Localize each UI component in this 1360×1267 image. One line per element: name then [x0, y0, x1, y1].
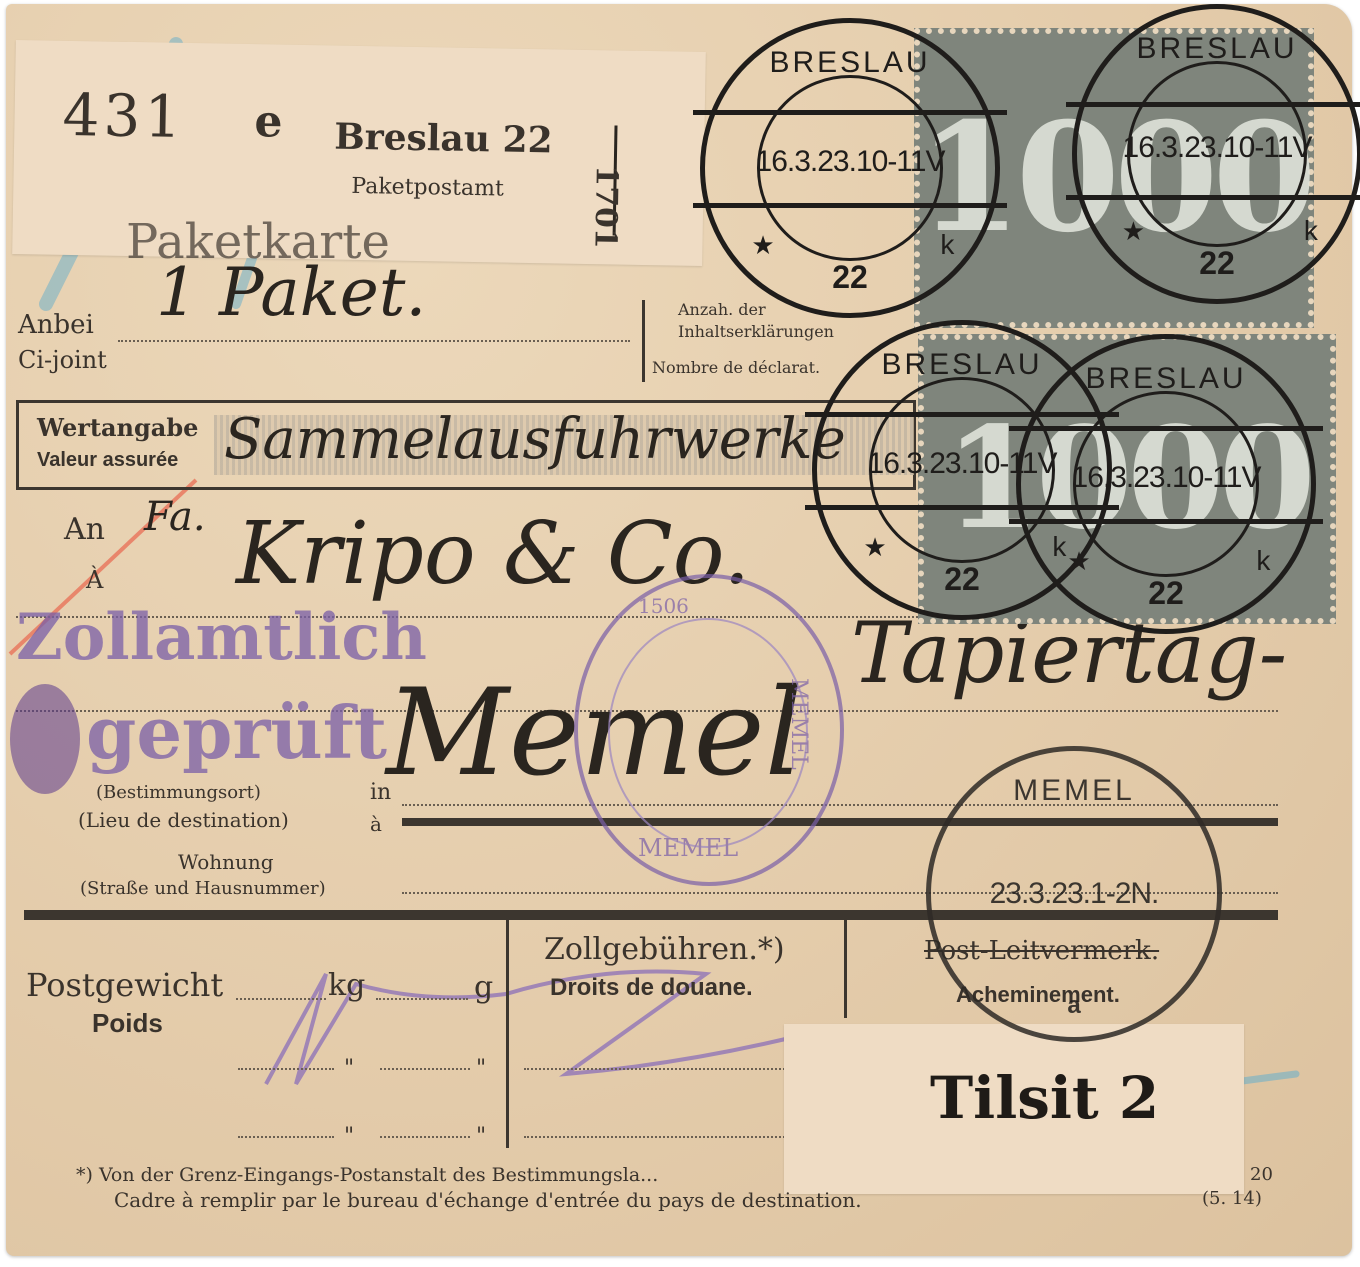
registration-number: 431 — [62, 81, 186, 151]
form-number: 20 — [1250, 1164, 1273, 1185]
office-code: 1701 — [587, 165, 623, 249]
round-stamp-top: 1506 — [638, 594, 689, 618]
declarations-label-de-1: Anzah. der — [678, 300, 766, 319]
registration-letter: e — [254, 96, 283, 147]
memel-customs-round-stamp: 1506 MEMEL MEMEL — [574, 574, 844, 886]
weight-line-2b — [380, 1068, 470, 1070]
office-type: Paketpostamt — [351, 174, 504, 202]
stamp-blot — [10, 684, 80, 794]
ditto-mark: " — [344, 1124, 354, 1149]
customs-inspected-stamp: Zollamtlich geprüft — [6, 600, 446, 810]
weight-line-3b — [380, 1136, 470, 1138]
routing-label-text: Tilsit 2 — [930, 1064, 1159, 1132]
customs-label-de: Zollgebühren.*) — [544, 932, 785, 967]
weight-unit-kg: kg — [328, 968, 365, 1003]
addressee-label-de: An — [64, 512, 105, 547]
postmark-memel: MEMEL 23.3.23.1-2N. a — [926, 746, 1222, 1042]
customs-label-fr: Droits de douane. — [550, 974, 753, 1002]
footnote-fr: Cadre à remplir par le bureau d'échange … — [114, 1188, 862, 1212]
destination-label-fr: (Lieu de destination) — [78, 808, 289, 832]
postmark-breslau: BRESLAU 16.3.23.10-11V ★k 22 — [700, 18, 1000, 318]
weight-line-3a — [238, 1136, 334, 1138]
customs-routing-divider — [844, 918, 847, 1018]
postmark-breslau: BRESLAU 16.3.23.10-11V ★k 22 — [1016, 334, 1316, 634]
ditto-mark: " — [476, 1124, 486, 1149]
parcel-card: 431 e Breslau 22 Paketpostamt 1701 Paket… — [6, 4, 1352, 1256]
declarations-label-de-2: Inhaltserklärungen — [678, 322, 834, 341]
customs-line-2 — [524, 1136, 824, 1138]
value-label-de: Wertangabe — [37, 413, 198, 442]
routing-label: Tilsit 2 — [784, 1024, 1244, 1194]
enclosure-line — [118, 340, 630, 342]
weight-g-line — [376, 998, 468, 1000]
customs-stamp-line1: Zollamtlich — [16, 600, 427, 675]
weight-unit-g: g — [474, 970, 493, 1005]
enclosure-handwritten: 1 Paket. — [156, 254, 426, 331]
addressee-label-fr: À — [86, 566, 103, 594]
round-stamp-bottom: MEMEL — [638, 834, 738, 862]
office-name: Breslau 22 — [334, 116, 553, 162]
round-stamp-right: MEMEL — [786, 678, 811, 770]
ditto-mark: " — [344, 1056, 354, 1081]
footnote-de: *) Von der Grenz-Eingangs-Postanstalt de… — [76, 1164, 658, 1186]
declarations-label-fr: Nombre de déclarat. — [652, 358, 820, 377]
ditto-mark: " — [476, 1056, 486, 1081]
weight-kg-line — [236, 998, 326, 1000]
postmark-breslau: BRESLAU 16.3.23.10-11V ★k 22 — [1072, 4, 1360, 304]
weight-customs-divider — [506, 918, 509, 1148]
weight-line-2a — [238, 1068, 334, 1070]
enclosure-label-fr: Ci-joint — [18, 346, 107, 374]
customs-line-1 — [524, 1068, 824, 1070]
enclosure-divider — [642, 300, 645, 382]
residence-label-de: Wohnung — [178, 850, 274, 874]
destination-prep-fr: à — [370, 812, 382, 836]
value-handwritten: Sammelausfuhrwerke — [224, 407, 846, 472]
weight-label-fr: Poids — [92, 1008, 163, 1039]
customs-stamp-line2: geprüft — [86, 690, 387, 775]
enclosure-label-de: Anbei — [18, 310, 94, 340]
value-label-fr: Valeur assurée — [37, 449, 178, 472]
residence-label-sub: (Straße und Hausnummer) — [80, 878, 326, 899]
form-edition: (5. 14) — [1202, 1188, 1262, 1209]
value-box: Wertangabe Valeur assurée Sammelausfuhrw… — [16, 400, 916, 490]
weight-label-de: Postgewicht — [26, 966, 223, 1004]
addressee-prefix: Fa. — [144, 494, 206, 540]
